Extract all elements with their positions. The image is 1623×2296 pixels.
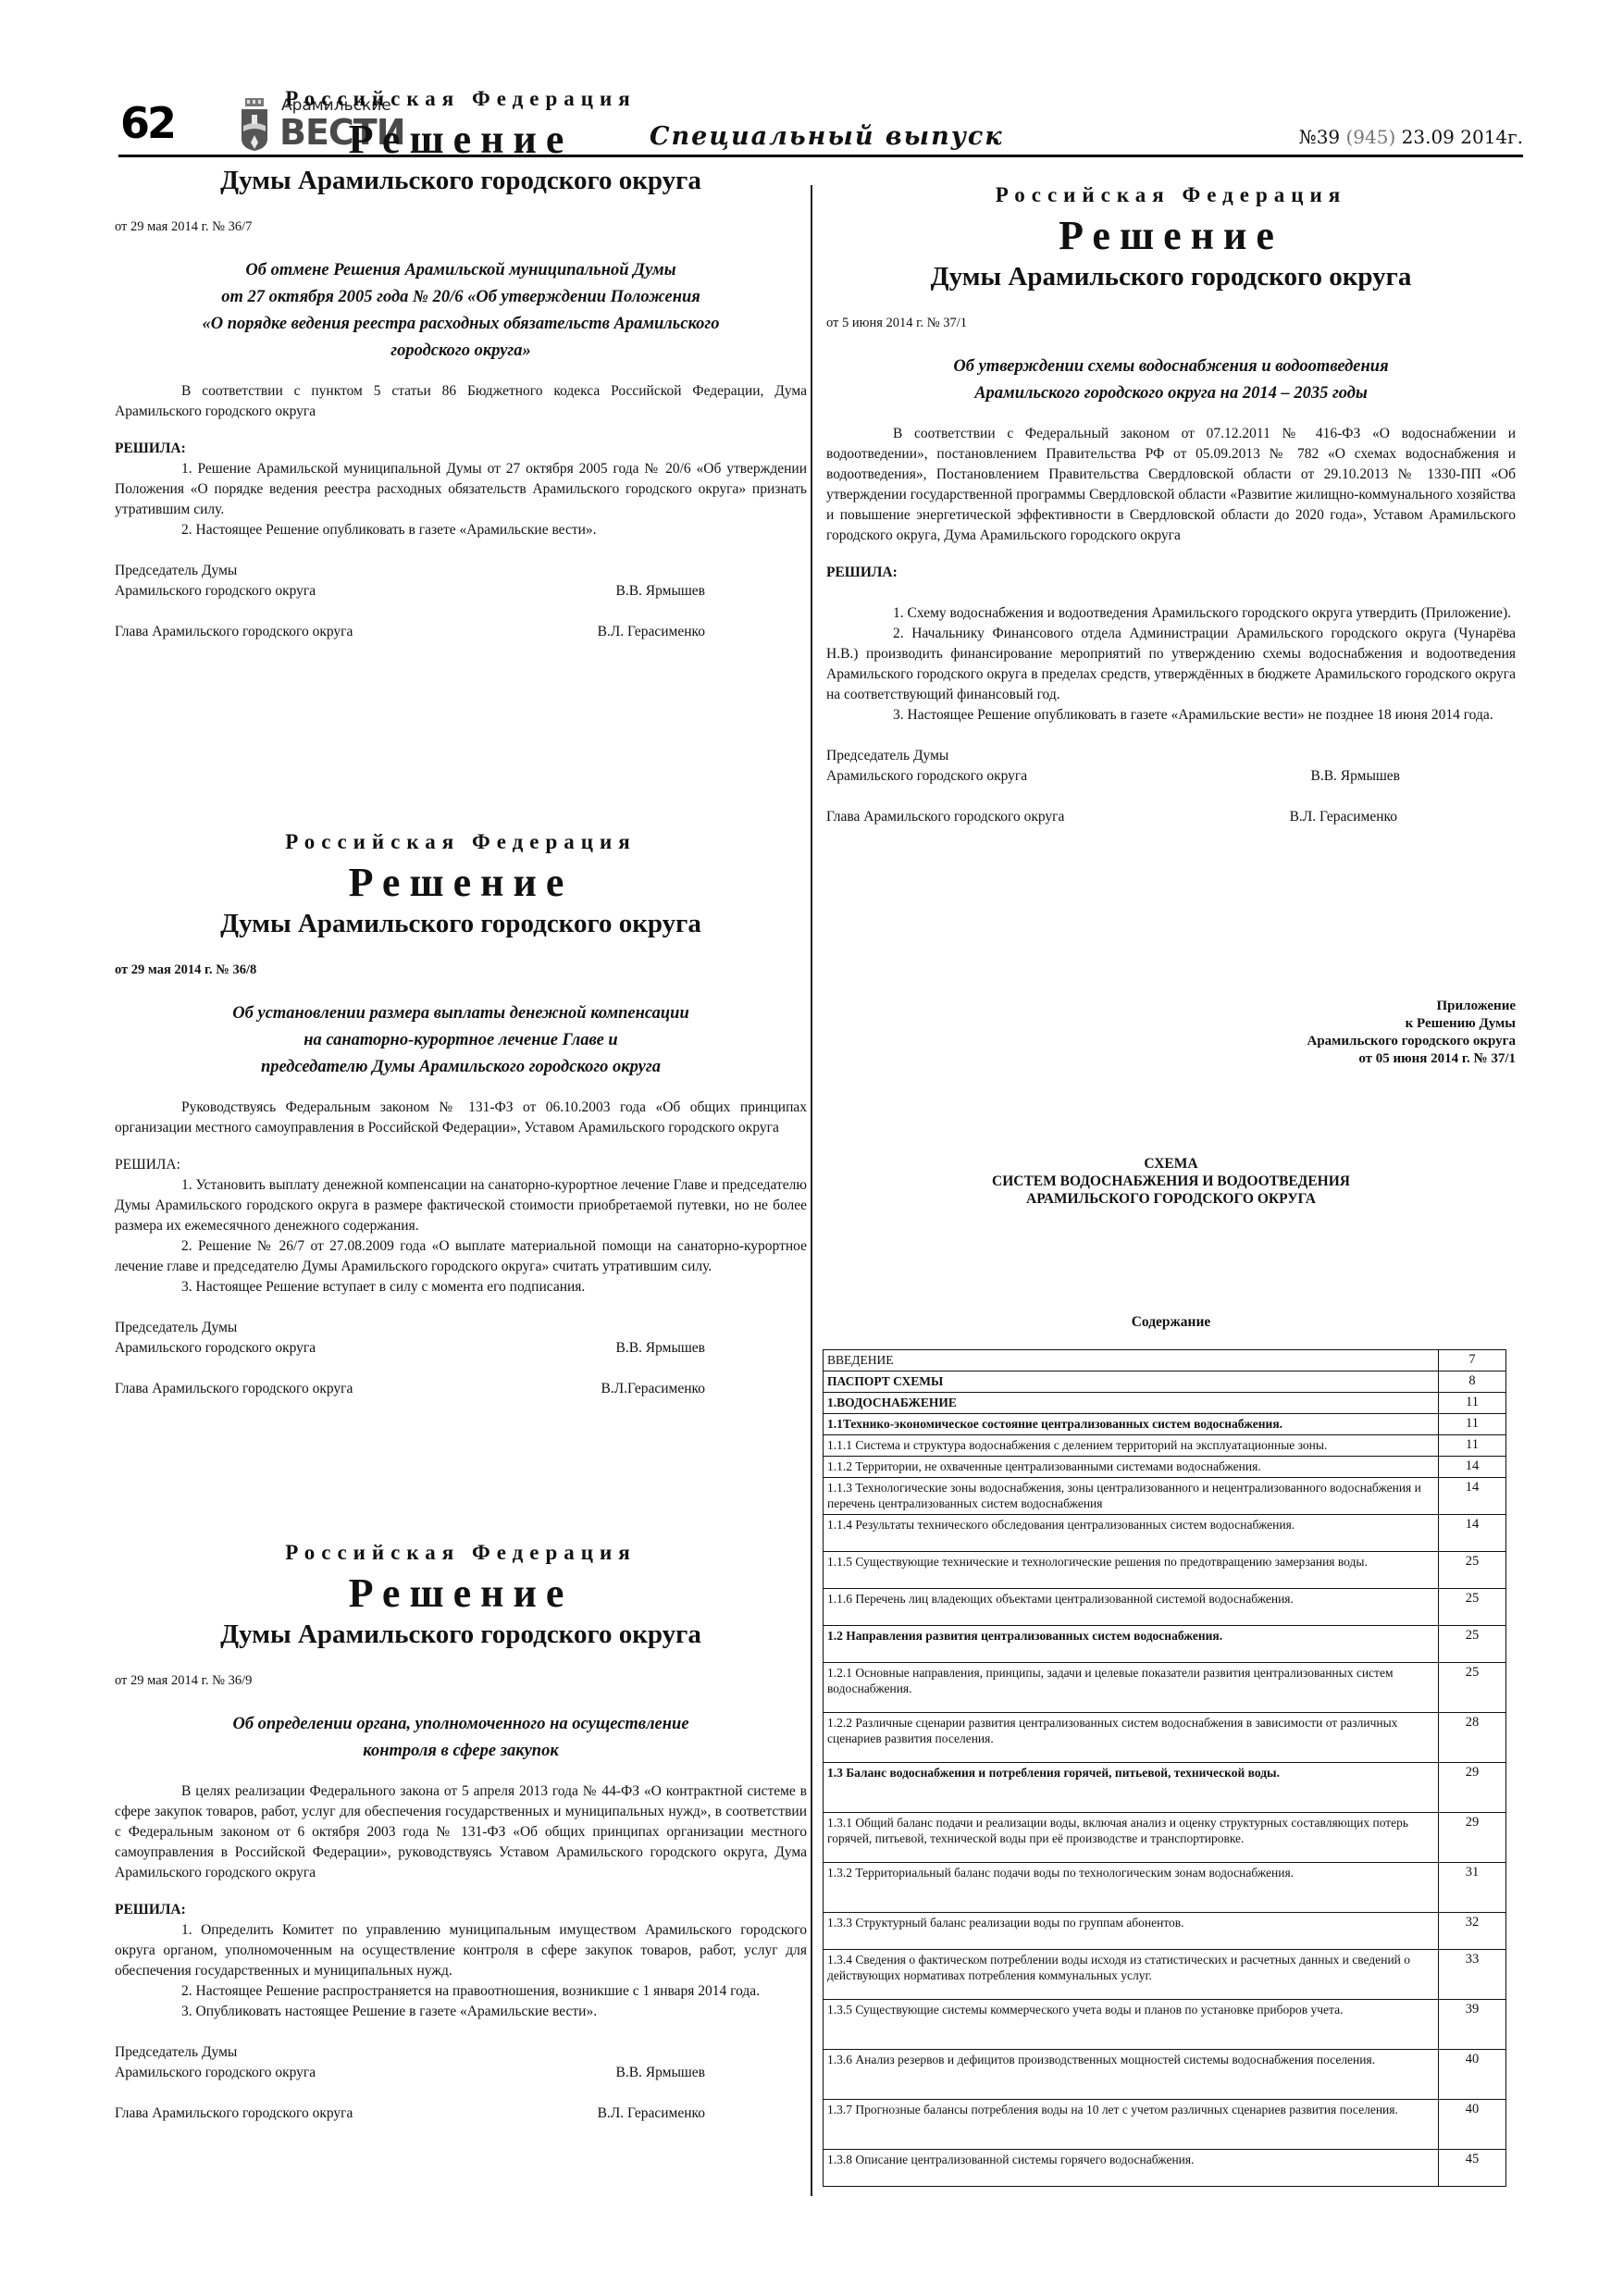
subject-line: на санаторно-курортное лечение Главе и bbox=[165, 1027, 757, 1054]
chair-title: Председатель Думы bbox=[115, 2042, 807, 2063]
appendix-line: к Решению Думы bbox=[1307, 1015, 1517, 1033]
toc-entry-page: 14 bbox=[1439, 1478, 1506, 1515]
toc-entry-title: 1.1.4 Результаты технического обследован… bbox=[824, 1515, 1439, 1552]
subject-line: председателю Думы Арамильского городског… bbox=[165, 1054, 757, 1081]
toc-entry-page: 25 bbox=[1439, 1552, 1506, 1589]
country-label: Российская Федерация bbox=[826, 181, 1516, 209]
toc-row: 1.1.1 Система и структура водоснабжения … bbox=[824, 1435, 1506, 1457]
schema-title: СХЕМА СИСТЕМ ВОДОСНАБЖЕНИЯ И ВОДООТВЕДЕН… bbox=[826, 1155, 1516, 1208]
toc-entry-title: 1.1.1 Система и структура водоснабжения … bbox=[824, 1435, 1439, 1457]
toc-entry-page: 29 bbox=[1439, 1813, 1506, 1863]
toc-row: 1.3.8 Описание централизованной системы … bbox=[824, 2150, 1506, 2187]
toc-entry-page: 29 bbox=[1439, 1763, 1506, 1813]
resolved-label: РЕШИЛА: bbox=[115, 1900, 807, 1920]
toc-entry-title: ВВЕДЕНИЕ bbox=[824, 1350, 1439, 1371]
toc-entry-page: 40 bbox=[1439, 2100, 1506, 2150]
toc-entry-page: 11 bbox=[1439, 1393, 1506, 1414]
decision-subject: Об утверждении схемы водоснабжения и вод… bbox=[875, 354, 1468, 407]
schema-title-line: СИСТЕМ ВОДОСНАБЖЕНИЯ И ВОДООТВЕДЕНИЯ bbox=[826, 1173, 1516, 1190]
country-label: Российская Федерация bbox=[115, 828, 807, 856]
date-line: от 29 мая 2014 г. № 36/9 bbox=[115, 1670, 807, 1691]
toc-entry-title: 1.1.3 Технологические зоны водоснабжения… bbox=[824, 1478, 1439, 1515]
toc-entry-title: 1.2.2 Различные сценарии развития центра… bbox=[824, 1713, 1439, 1763]
decision-heading: Решение bbox=[826, 211, 1516, 261]
issuing-body: Думы Арамильского городского округа bbox=[115, 165, 807, 196]
decision-37-1: Российская Федерация Решение Думы Арамил… bbox=[826, 181, 1516, 827]
decision-heading: Решение bbox=[115, 1569, 807, 1619]
country-label: Российская Федерация bbox=[115, 85, 807, 113]
toc-entry-page: 31 bbox=[1439, 1863, 1506, 1913]
toc-row: 1.3.1 Общий баланс подачи и реализации в… bbox=[824, 1813, 1506, 1863]
preamble: Руководствуясь Федеральным законом № 131… bbox=[115, 1098, 807, 1138]
toc-entry-page: 14 bbox=[1439, 1515, 1506, 1552]
toc-entry-title: 1.3.5 Существующие системы коммерческого… bbox=[824, 2000, 1439, 2050]
signatures: Председатель Думы Арамильского городског… bbox=[115, 1318, 807, 1399]
toc-entry-page: 33 bbox=[1439, 1950, 1506, 2000]
toc-row: ВВЕДЕНИЕ7 bbox=[824, 1350, 1506, 1371]
resolution-item: 1. Схему водоснабжения и водоотведения А… bbox=[826, 603, 1516, 624]
resolution-item: 2. Начальнику Финансового отдела Админис… bbox=[826, 624, 1516, 705]
chair-title-2: Арамильского городского округа bbox=[826, 766, 1027, 787]
resolution-item: 1. Установить выплату денежной компенсац… bbox=[115, 1175, 807, 1236]
head-title: Глава Арамильского городского округа bbox=[826, 807, 1064, 827]
toc-entry-title: 1.3.7 Прогнозные балансы потребления вод… bbox=[824, 2100, 1439, 2150]
toc-entry-title: ПАСПОРТ СХЕМЫ bbox=[824, 1371, 1439, 1393]
toc-entry-page: 45 bbox=[1439, 2150, 1506, 2187]
decision-36-7: Российская Федерация Решение Думы Арамил… bbox=[115, 85, 807, 642]
decision-subject: Об установлении размера выплаты денежной… bbox=[165, 1000, 757, 1081]
toc-entry-title: 1.3 Баланс водоснабжения и потребления г… bbox=[824, 1763, 1439, 1813]
resolution-item: 3. Настоящее Решение вступает в силу с м… bbox=[115, 1277, 807, 1297]
toc-entry-title: 1.1.5 Существующие технические и техноло… bbox=[824, 1552, 1439, 1589]
toc-entry-page: 11 bbox=[1439, 1435, 1506, 1457]
toc-row: 1.3.2 Территориальный баланс подачи воды… bbox=[824, 1863, 1506, 1913]
toc-row: 1.3.7 Прогнозные балансы потребления вод… bbox=[824, 2100, 1506, 2150]
signatures: Председатель Думы Арамильского городског… bbox=[826, 746, 1516, 827]
appendix-line: Арамильского городского округа bbox=[1307, 1033, 1517, 1050]
table-of-contents: ВВЕДЕНИЕ7ПАСПОРТ СХЕМЫ81.ВОДОСНАБЖЕНИЕ11… bbox=[823, 1349, 1506, 2187]
issuing-body: Думы Арамильского городского округа bbox=[115, 908, 807, 939]
date-line: от 29 мая 2014 г. № 36/8 bbox=[115, 960, 807, 980]
toc-row: 1.3.5 Существующие системы коммерческого… bbox=[824, 2000, 1506, 2050]
toc-entry-page: 7 bbox=[1439, 1350, 1506, 1371]
toc-row: ПАСПОРТ СХЕМЫ8 bbox=[824, 1371, 1506, 1393]
resolution-item: 2. Решение № 26/7 от 27.08.2009 года «О … bbox=[115, 1236, 807, 1277]
toc-entry-title: 1.3.6 Анализ резервов и дефицитов произв… bbox=[824, 2050, 1439, 2100]
toc-row: 1.1Технико-экономическое состояние центр… bbox=[824, 1414, 1506, 1435]
decision-36-9: Российская Федерация Решение Думы Арамил… bbox=[115, 1539, 807, 2124]
toc-entry-title: 1.2 Направления развития централизованны… bbox=[824, 1626, 1439, 1663]
toc-row: 1.1.5 Существующие технические и техноло… bbox=[824, 1552, 1506, 1589]
appendix-line: от 05 июня 2014 г. № 37/1 bbox=[1307, 1050, 1517, 1068]
resolved-label: РЕШИЛА: bbox=[115, 1155, 807, 1175]
subject-line: контроля в сфере закупок bbox=[155, 1738, 766, 1765]
head-title: Глава Арамильского городского округа bbox=[115, 2104, 353, 2124]
resolution-item: 2. Настоящее Решение опубликовать в газе… bbox=[115, 520, 807, 540]
chair-title: Председатель Думы bbox=[826, 746, 1516, 766]
issuing-body: Думы Арамильского городского округа bbox=[115, 1619, 807, 1650]
toc-entry-page: 28 bbox=[1439, 1713, 1506, 1763]
head-name: В.Л.Герасименко bbox=[601, 1379, 807, 1399]
toc-entry-page: 11 bbox=[1439, 1414, 1506, 1435]
toc-row: 1.1.2 Территории, не охваченные централи… bbox=[824, 1457, 1506, 1478]
resolved-label: РЕШИЛА: bbox=[826, 563, 1516, 583]
chair-name: В.В. Ярмышев bbox=[615, 581, 807, 602]
resolved-label: РЕШИЛА: bbox=[115, 439, 807, 459]
toc-entry-title: 1.1.6 Перечень лиц владеющих объектами ц… bbox=[824, 1589, 1439, 1626]
toc-entry-title: 1.ВОДОСНАБЖЕНИЕ bbox=[824, 1393, 1439, 1414]
head-name: В.Л. Герасименко bbox=[598, 622, 807, 642]
appendix-note: Приложение к Решению Думы Арамильского г… bbox=[1307, 998, 1517, 1068]
toc-entry-title: 1.2.1 Основные направления, принципы, за… bbox=[824, 1663, 1439, 1713]
appendix-line: Приложение bbox=[1307, 998, 1517, 1015]
head-name: В.Л. Герасименко bbox=[598, 2104, 807, 2124]
chair-name: В.В. Ярмышев bbox=[615, 1338, 807, 1359]
toc-entry-page: 14 bbox=[1439, 1457, 1506, 1478]
decision-heading: Решение bbox=[115, 115, 807, 165]
toc-entry-title: 1.3.4 Сведения о фактическом потреблении… bbox=[824, 1950, 1439, 2000]
toc-entry-page: 32 bbox=[1439, 1913, 1506, 1950]
decision-36-8: Российская Федерация Решение Думы Арамил… bbox=[115, 828, 807, 1399]
toc-heading: Содержание bbox=[826, 1312, 1516, 1333]
toc-entry-page: 39 bbox=[1439, 2000, 1506, 2050]
decision-heading: Решение bbox=[115, 858, 807, 908]
toc-entry-title: 1.1Технико-экономическое состояние центр… bbox=[824, 1414, 1439, 1435]
date-line: от 29 мая 2014 г. № 36/7 bbox=[115, 217, 807, 237]
toc-row: 1.1.4 Результаты технического обследован… bbox=[824, 1515, 1506, 1552]
subject-line: «О порядке ведения реестра расходных обя… bbox=[165, 311, 757, 338]
subject-line: Об определении органа, уполномоченного н… bbox=[155, 1711, 766, 1738]
toc-entry-title: 1.3.8 Описание централизованной системы … bbox=[824, 2150, 1439, 2187]
toc-row: 1.2 Направления развития централизованны… bbox=[824, 1626, 1506, 1663]
toc-row: 1.2.1 Основные направления, принципы, за… bbox=[824, 1663, 1506, 1713]
head-name: В.Л. Герасименко bbox=[1290, 807, 1516, 827]
toc-row: 1.2.2 Различные сценарии развития центра… bbox=[824, 1713, 1506, 1763]
preamble: В соответствии с Федеральный законом от … bbox=[826, 424, 1516, 546]
toc-row: 1.3 Баланс водоснабжения и потребления г… bbox=[824, 1763, 1506, 1813]
toc-entry-page: 25 bbox=[1439, 1663, 1506, 1713]
chair-name: В.В. Ярмышев bbox=[615, 2063, 807, 2083]
subject-line: Об утверждении схемы водоснабжения и вод… bbox=[875, 354, 1468, 380]
toc-entry-page: 8 bbox=[1439, 1371, 1506, 1393]
schema-title-line: АРАМИЛЬСКОГО ГОРОДСКОГО ОКРУГА bbox=[826, 1190, 1516, 1208]
preamble: В соответствии с пунктом 5 статьи 86 Бюд… bbox=[115, 381, 807, 422]
decision-subject: Об определении органа, уполномоченного н… bbox=[155, 1711, 766, 1765]
toc-entry-title: 1.1.2 Территории, не охваченные централи… bbox=[824, 1457, 1439, 1478]
resolution-item: 2. Настоящее Решение распространяется на… bbox=[115, 1981, 807, 2002]
toc-entry-title: 1.3.3 Структурный баланс реализации воды… bbox=[824, 1913, 1439, 1950]
resolution-item: 1. Решение Арамильской муниципальной Дум… bbox=[115, 459, 807, 520]
toc-row: 1.3.6 Анализ резервов и дефицитов произв… bbox=[824, 2050, 1506, 2100]
head-title: Глава Арамильского городского округа bbox=[115, 1379, 353, 1399]
resolution-item: 1. Определить Комитет по управлению муни… bbox=[115, 1920, 807, 1981]
resolution-item: 3. Опубликовать настоящее Решение в газе… bbox=[115, 2002, 807, 2022]
toc-entry-title: 1.3.1 Общий баланс подачи и реализации в… bbox=[824, 1813, 1439, 1863]
chair-title-2: Арамильского городского округа bbox=[115, 2063, 316, 2083]
issuing-body: Думы Арамильского городского округа bbox=[826, 261, 1516, 292]
decision-subject: Об отмене Решения Арамильской муниципаль… bbox=[165, 257, 757, 365]
head-title: Глава Арамильского городского округа bbox=[115, 622, 353, 642]
toc-row: 1.3.3 Структурный баланс реализации воды… bbox=[824, 1913, 1506, 1950]
date-line: от 5 июня 2014 г. № 37/1 bbox=[826, 313, 1516, 333]
country-label: Российская Федерация bbox=[115, 1539, 807, 1567]
toc-entry-title: 1.3.2 Территориальный баланс подачи воды… bbox=[824, 1863, 1439, 1913]
subject-line: городского округа» bbox=[165, 338, 757, 365]
toc-row: 1.1.6 Перечень лиц владеющих объектами ц… bbox=[824, 1589, 1506, 1626]
right-column: Российская Федерация Решение Думы Арамил… bbox=[826, 0, 1516, 2296]
chair-name: В.В. Ярмышев bbox=[1310, 766, 1516, 787]
schema-title-line: СХЕМА bbox=[826, 1155, 1516, 1173]
preamble: В целях реализации Федерального закона о… bbox=[115, 1781, 807, 1883]
chair-title: Председатель Думы bbox=[115, 561, 807, 581]
subject-line: от 27 октября 2005 года № 20/6 «Об утвер… bbox=[165, 284, 757, 311]
chair-title: Председатель Думы bbox=[115, 1318, 807, 1338]
column-divider bbox=[811, 185, 812, 2196]
chair-title-2: Арамильского городского округа bbox=[115, 581, 316, 602]
toc-row: 1.1.3 Технологические зоны водоснабжения… bbox=[824, 1478, 1506, 1515]
toc-entry-page: 40 bbox=[1439, 2050, 1506, 2100]
toc-row: 1.ВОДОСНАБЖЕНИЕ11 bbox=[824, 1393, 1506, 1414]
toc-entry-page: 25 bbox=[1439, 1626, 1506, 1663]
resolution-item: 3. Настоящее Решение опубликовать в газе… bbox=[826, 705, 1516, 726]
toc-entry-page: 25 bbox=[1439, 1589, 1506, 1626]
signatures: Председатель Думы Арамильского городског… bbox=[115, 2042, 807, 2124]
toc-row: 1.3.4 Сведения о фактическом потреблении… bbox=[824, 1950, 1506, 2000]
signatures: Председатель Думы Арамильского городског… bbox=[115, 561, 807, 642]
subject-line: Об отмене Решения Арамильской муниципаль… bbox=[165, 257, 757, 284]
subject-line: Арамильского городского округа на 2014 –… bbox=[875, 380, 1468, 407]
chair-title-2: Арамильского городского округа bbox=[115, 1338, 316, 1359]
subject-line: Об установлении размера выплаты денежной… bbox=[165, 1000, 757, 1027]
